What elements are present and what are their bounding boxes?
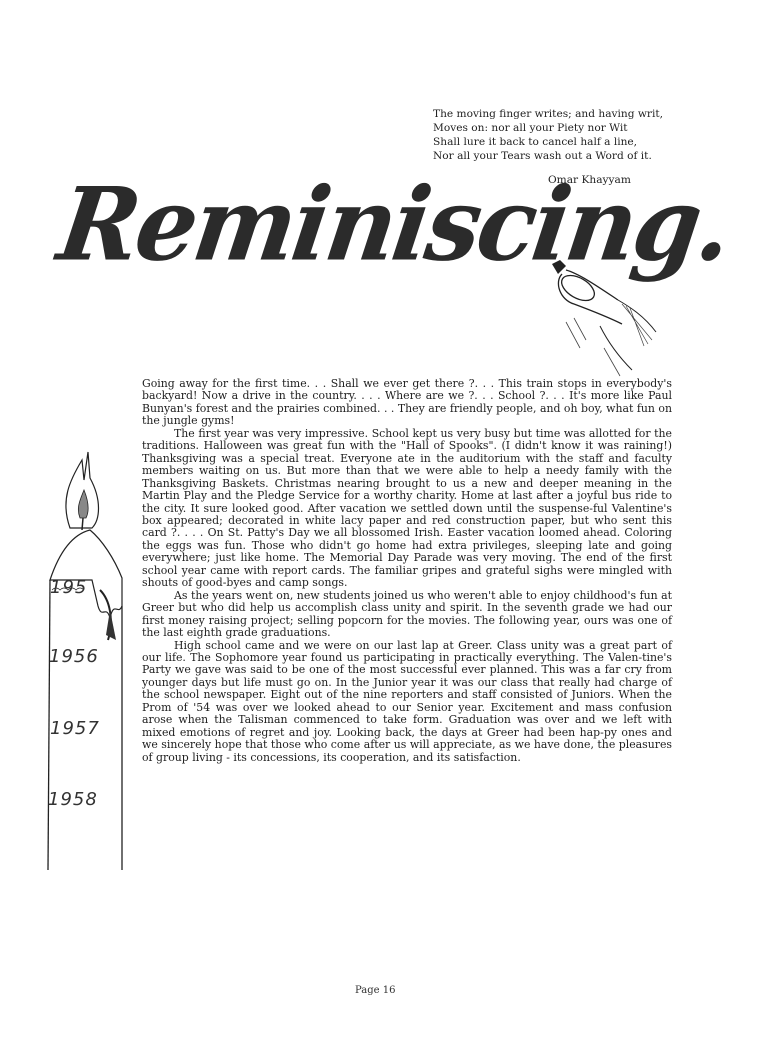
body-paragraph: As the years went on, new students joine… [142, 590, 672, 640]
poem-line: Nor all your Tears wash out a Word of it… [433, 149, 663, 163]
candle-year: 1956 [49, 646, 99, 667]
poem-line: Shall lure it back to cancel half a line… [433, 135, 663, 149]
candle-year: 195 [50, 577, 87, 598]
article-body: Going away for the first time. . . Shall… [142, 378, 672, 764]
body-paragraph: The first year was very impressive. Scho… [142, 428, 672, 590]
poem-line: The moving finger writes; and having wri… [433, 107, 663, 121]
candle-year: 1958 [48, 789, 98, 810]
candle-year: 1957 [50, 718, 100, 739]
page-number: Page 16 [355, 985, 395, 996]
body-paragraph: High school came and we were on our last… [142, 640, 672, 765]
pointing-finger-icon [540, 252, 660, 382]
body-paragraph: Going away for the first time. . . Shall… [142, 378, 672, 428]
poem-line: Moves on: nor all your Piety nor Wit [433, 121, 663, 135]
